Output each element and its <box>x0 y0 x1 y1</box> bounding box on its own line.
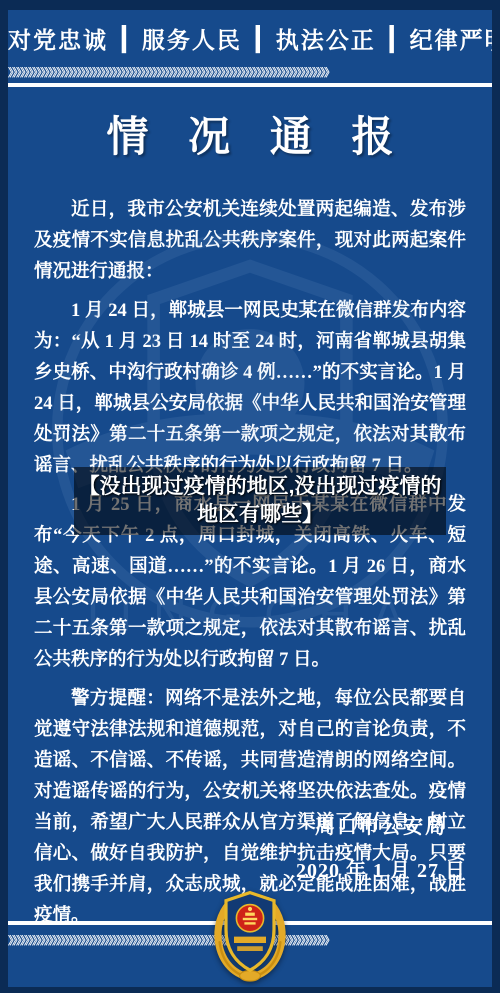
motto-item: 纪律严明 <box>410 27 492 53</box>
motto-item: 对党忠诚 <box>8 27 108 53</box>
motto-separator: ┃ <box>117 26 133 52</box>
signature-date: 2020 年 1 月 27 日 <box>296 854 466 883</box>
notice-inner-panel: JINGCHA 对党忠诚┃服务人民┃执法公正┃纪律严明 》》》》》》》》》》》》… <box>8 10 492 987</box>
police-badge-icon <box>210 887 290 983</box>
video-caption-overlay: 【没出现过疫情的地区,没出现过疫情的地区有哪些】 <box>74 467 446 535</box>
chevron-strip-icon: 》》》》》》》》》》》》》》》》》》》》》》》》》》》》》》》》》》》》》》》》… <box>8 67 492 79</box>
motto-separator: ┃ <box>251 26 267 52</box>
motto-banner: 对党忠诚┃服务人民┃执法公正┃纪律严明 <box>8 22 492 55</box>
motto-item: 执法公正 <box>276 27 376 53</box>
page-title: 情 况 通 报 <box>8 113 492 161</box>
signature-agency: 周口市公安局 <box>296 810 466 839</box>
motto-item: 服务人民 <box>142 27 242 53</box>
notice-paragraph: 近日，我市公安机关连续处置两起编造、发布涉及疫情不实信息扰乱公共秩序案件，现对此… <box>34 195 466 288</box>
divider-line <box>8 83 492 87</box>
signature-block: 周口市公安局 2020 年 1 月 27 日 <box>296 810 466 883</box>
motto-separator: ┃ <box>385 26 401 52</box>
notice-poster: JINGCHA 对党忠诚┃服务人民┃执法公正┃纪律严明 》》》》》》》》》》》》… <box>0 0 500 993</box>
notice-paragraph: 1 月 24 日，郸城县一网民史某在微信群发布内容为：“从 1 月 23 日 1… <box>34 296 466 482</box>
